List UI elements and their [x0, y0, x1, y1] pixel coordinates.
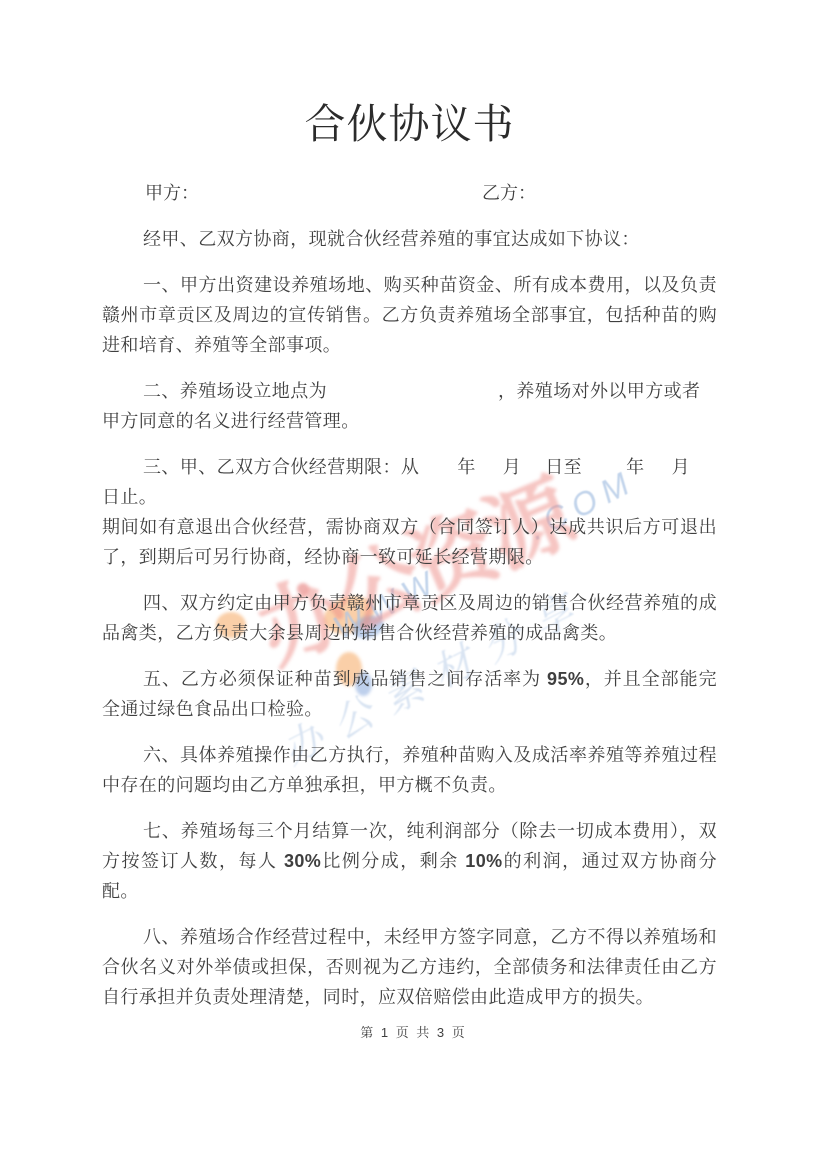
text-run: 一、甲方出资建设养殖场地、购买种苗资金、所有成本费用，以及负责赣州市章贡区及周边… [102, 275, 717, 355]
paragraph-item-3: 三、甲、乙双方合伙经营期限：从年月日至年月日止。期间如有意退出合伙经营，需协商双… [102, 452, 717, 572]
paragraph-intro: 经甲、乙双方协商，现就合伙经营养殖的事宜达成如下协议： [102, 224, 717, 254]
paragraph-item-6: 六、具体养殖操作由乙方执行，养殖种苗购入及成活率养殖等养殖过程中存在的问题均由乙… [102, 740, 717, 800]
paragraph-item-2: 二、养殖场设立地点为，养殖场对外以甲方或者甲方同意的名义进行经营管理。 [102, 376, 717, 436]
text-run: 五、乙方必须保证种苗到成品销售之间存活率为 [143, 669, 547, 689]
text-run: 10% [465, 851, 502, 871]
page-footer: 第 1 页 共 3 页 [0, 1022, 827, 1041]
text-run: 年 [626, 457, 644, 477]
text-run: 日止。 [102, 487, 157, 507]
text-run: 期间如有意退出合伙经营，需协商双方（合同签订人）达成共识后方可退出了，到期后可另… [102, 517, 717, 567]
parties-row: 甲方： 乙方： [102, 178, 717, 208]
blank-fill [419, 471, 457, 473]
paragraph-item-7: 七、养殖场每三个月结算一次，纯利润部分（除去一切成本费用），双方按签订人数，每人… [102, 816, 717, 906]
text-run: 比例分成，剩余 [321, 851, 465, 871]
text-run: 日至 [545, 457, 582, 477]
text-run: 月 [672, 457, 690, 477]
text-run: 月 [503, 457, 521, 477]
document-title: 合伙协议书 [102, 96, 717, 152]
party-b-label: 乙方： [482, 178, 536, 208]
document-content: 合伙协议书 甲方： 乙方： 经甲、乙双方协商，现就合伙经营养殖的事宜达成如下协议… [102, 0, 717, 1012]
document-page: 办公素材分享 WWW.COM 办公资源 合伙协议书 甲方： 乙方： 经甲、乙双方… [0, 0, 827, 1169]
text-run: 四、双方约定由甲方负责赣州市章贡区及周边的销售合伙经营养殖的成品禽类，乙方负责大… [102, 593, 717, 643]
text-run: 甲方同意的名义进行经营管理。 [102, 411, 360, 431]
blank-fill [582, 471, 626, 473]
blank-fill [645, 471, 672, 473]
blank-fill [327, 395, 498, 397]
paragraph-item-5: 五、乙方必须保证种苗到成品销售之间存活率为 95%，并且全部能完全通过绿色食品出… [102, 664, 717, 724]
text-run: 八、养殖场合作经营过程中，未经甲方签字同意，乙方不得以养殖场和合伙名义对外举债或… [102, 927, 717, 1007]
blank-fill [690, 471, 717, 473]
text-run: 30% [284, 851, 321, 871]
text-run: ，养殖场对外以甲方或者 [498, 381, 700, 401]
text-run: 经甲、乙双方协商，现就合伙经营养殖的事宜达成如下协议： [143, 229, 640, 249]
text-run: 三、甲、乙双方合伙经营期限：从 [143, 457, 419, 477]
text-run: 年 [457, 457, 475, 477]
paragraph-item-1: 一、甲方出资建设养殖场地、购买种苗资金、所有成本费用，以及负责赣州市章贡区及周边… [102, 270, 717, 360]
text-run: 六、具体养殖操作由乙方执行，养殖种苗购入及成活率养殖等养殖过程中存在的问题均由乙… [102, 745, 717, 795]
text-run: 95% [547, 669, 584, 689]
party-a-label: 甲方： [145, 178, 199, 208]
blank-fill [476, 471, 503, 473]
document-body: 经甲、乙双方协商，现就合伙经营养殖的事宜达成如下协议：一、甲方出资建设养殖场地、… [102, 224, 717, 1012]
paragraph-item-8: 八、养殖场合作经营过程中，未经甲方签字同意，乙方不得以养殖场和合伙名义对外举债或… [102, 922, 717, 1012]
blank-fill [521, 471, 545, 473]
paragraph-item-4: 四、双方约定由甲方负责赣州市章贡区及周边的销售合伙经营养殖的成品禽类，乙方负责大… [102, 588, 717, 648]
text-run: 二、养殖场设立地点为 [143, 381, 327, 401]
